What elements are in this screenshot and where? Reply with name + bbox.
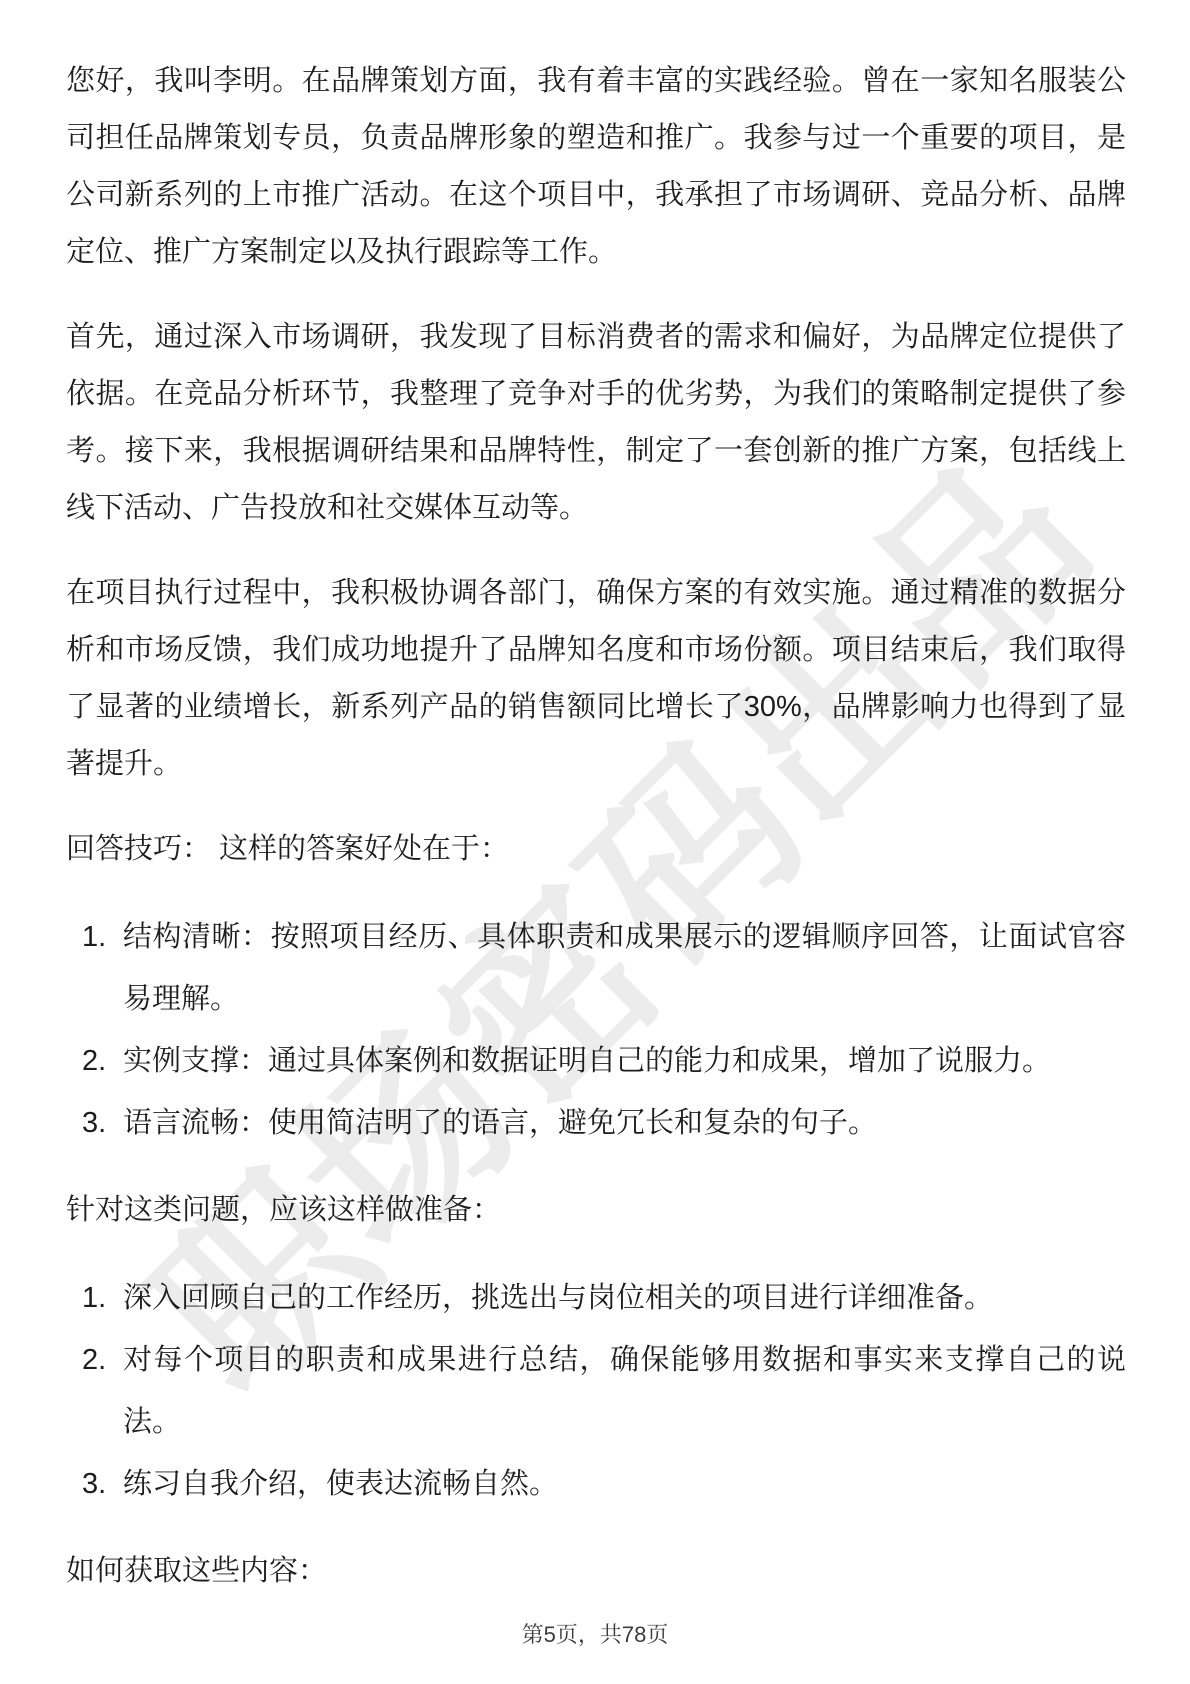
preparation-item-2: 2. 对每个项目的职责和成果进行总结，确保能够用数据和事实来支撑自己的说法。 bbox=[66, 1329, 1126, 1453]
answer-tip-item-1: 1. 结构清晰：按照项目经历、具体职责和成果展示的逻辑顺序回答，让面试官容易理解… bbox=[66, 906, 1126, 1030]
heading-how-to-obtain: 如何获取这些内容： bbox=[66, 1543, 1126, 1600]
list-item-number: 3. bbox=[82, 1453, 106, 1515]
list-item-text: 实例支撑：通过具体案例和数据证明自己的能力和成果，增加了说服力。 bbox=[123, 1045, 1051, 1077]
page-number-label: 第5页，共78页 bbox=[522, 1622, 669, 1647]
list-item-text: 对每个项目的职责和成果进行总结，确保能够用数据和事实来支撑自己的说法。 bbox=[123, 1344, 1126, 1438]
preparation-item-3: 3. 练习自我介绍，使表达流畅自然。 bbox=[66, 1453, 1126, 1515]
list-item-text: 语言流畅：使用简洁明了的语言，避免冗长和复杂的句子。 bbox=[123, 1107, 877, 1139]
heading-preparation: 针对这类问题，应该这样做准备： bbox=[66, 1182, 1126, 1239]
paragraph-market-research: 首先，通过深入市场调研，我发现了目标消费者的需求和偏好，为品牌定位提供了依据。在… bbox=[66, 309, 1126, 537]
list-item-text: 深入回顾自己的工作经历，挑选出与岗位相关的项目进行详细准备。 bbox=[123, 1282, 993, 1314]
list-item-number: 1. bbox=[82, 906, 106, 968]
list-item-number: 3. bbox=[82, 1092, 106, 1154]
list-item-text: 结构清晰：按照项目经历、具体职责和成果展示的逻辑顺序回答，让面试官容易理解。 bbox=[123, 921, 1126, 1015]
list-item-text: 练习自我介绍，使表达流畅自然。 bbox=[123, 1468, 558, 1500]
preparation-list: 1. 深入回顾自己的工作经历，挑选出与岗位相关的项目进行详细准备。 2. 对每个… bbox=[66, 1267, 1126, 1515]
document-page: 职场密码出品 您好，我叫李明。在品牌策划方面，我有着丰富的实践经验。曾在一家知名… bbox=[0, 0, 1190, 1684]
list-item-number: 2. bbox=[82, 1030, 106, 1092]
preparation-item-1: 1. 深入回顾自己的工作经历，挑选出与岗位相关的项目进行详细准备。 bbox=[66, 1267, 1126, 1329]
answer-tips-list: 1. 结构清晰：按照项目经历、具体职责和成果展示的逻辑顺序回答，让面试官容易理解… bbox=[66, 906, 1126, 1154]
document-content: 您好，我叫李明。在品牌策划方面，我有着丰富的实践经验。曾在一家知名服装公司担任品… bbox=[0, 0, 1190, 1600]
paragraph-self-introduction: 您好，我叫李明。在品牌策划方面，我有着丰富的实践经验。曾在一家知名服装公司担任品… bbox=[66, 53, 1126, 281]
list-item-number: 2. bbox=[82, 1329, 106, 1391]
paragraph-project-execution: 在项目执行过程中，我积极协调各部门，确保方案的有效实施。通过精准的数据分析和市场… bbox=[66, 565, 1126, 793]
answer-tip-item-2: 2. 实例支撑：通过具体案例和数据证明自己的能力和成果，增加了说服力。 bbox=[66, 1030, 1126, 1092]
heading-answer-tips: 回答技巧： 这样的答案好处在于： bbox=[66, 821, 1126, 878]
list-item-number: 1. bbox=[82, 1267, 106, 1329]
answer-tip-item-3: 3. 语言流畅：使用简洁明了的语言，避免冗长和复杂的句子。 bbox=[66, 1092, 1126, 1154]
page-footer: 第5页，共78页 bbox=[0, 1618, 1190, 1649]
